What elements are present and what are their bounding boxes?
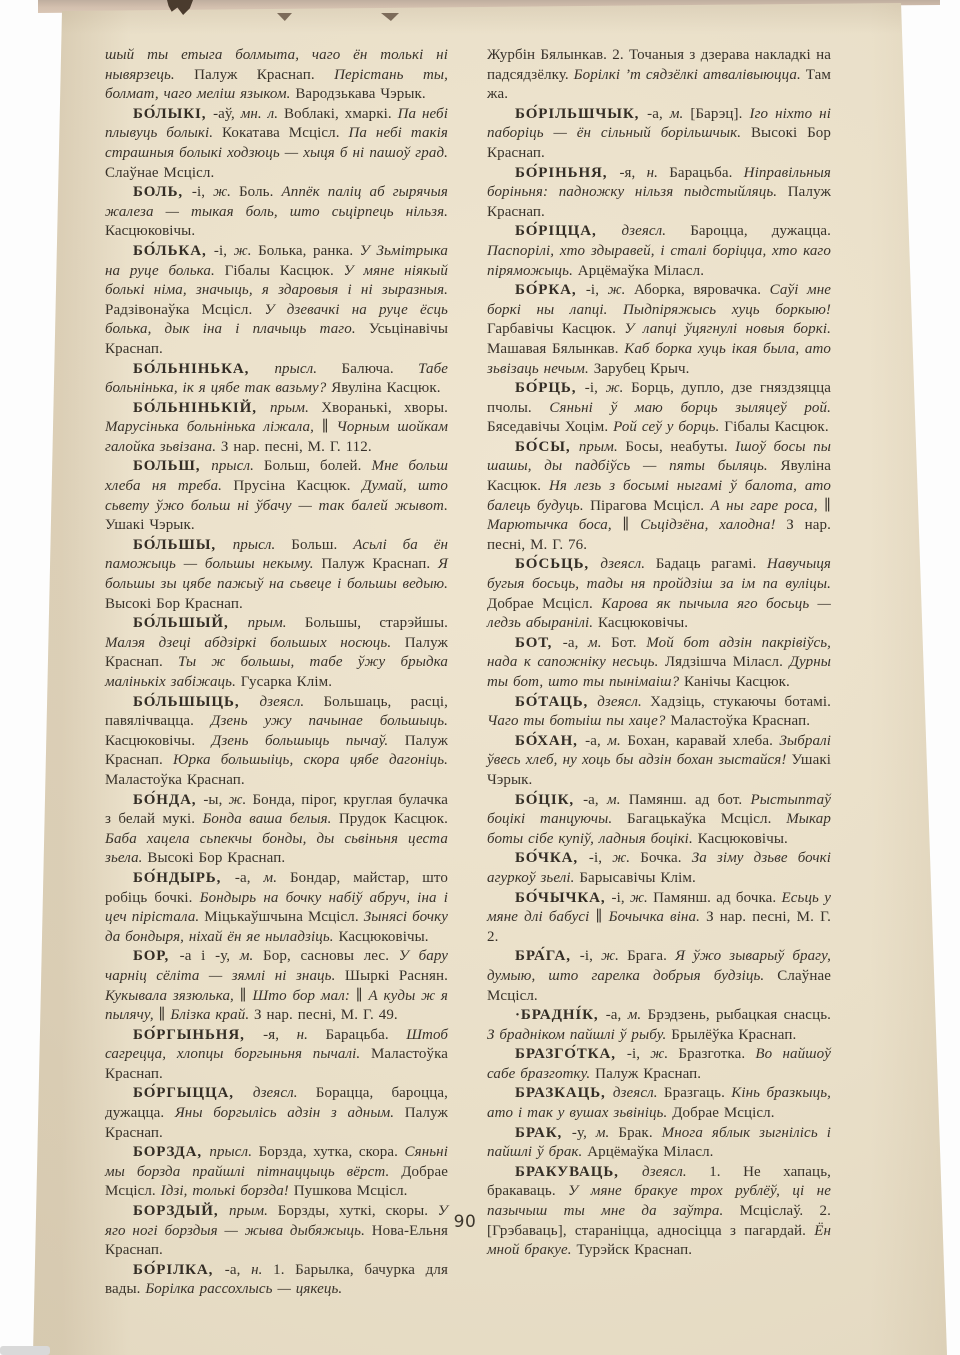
italic-text-run: ж. xyxy=(228,792,252,808)
italic-text-run: м. xyxy=(596,1125,618,1141)
text-run: Касцюковічы. xyxy=(698,831,788,847)
text-run: Радзівонаўка Мсцісл. xyxy=(105,302,264,318)
dictionary-entry: БО́РКА, -і, ж. Аборка, вяровачка. Саўі м… xyxy=(487,281,831,379)
text-run: -ы, xyxy=(203,792,228,808)
dictionary-entry: БО́ЛЬШЫ, прысл. Больш. Асьлі ба ён памож… xyxy=(105,536,448,614)
text-run: -у, xyxy=(572,1125,596,1141)
text-run: -а, xyxy=(225,1262,251,1278)
headword: БОЛЬШ, xyxy=(133,458,211,474)
text-run: Гібалы Касцюк. xyxy=(724,419,828,435)
text-run: Брага. xyxy=(627,948,675,964)
headword: БО́ЛЬКА, xyxy=(133,243,214,259)
italic-text-run: дзеясл. xyxy=(600,556,655,572)
text-run: Турэйск Краснап. xyxy=(576,1242,692,1258)
text-run: Слаўнае Мсцісл. xyxy=(105,165,214,181)
text-run: -а, xyxy=(606,1007,628,1023)
italic-text-run: ж. xyxy=(213,184,239,200)
headword: БО́ЛЬШЫ, xyxy=(133,537,233,553)
italic-text-run: Малэя дзеці абдзіркі большых носюць. xyxy=(105,635,405,651)
text-run: Явуліна Касцюк. xyxy=(331,380,440,396)
italic-text-run: Борілкі ’т сядзёлкі атвалівыюцца. xyxy=(574,67,806,83)
text-run: -і, xyxy=(589,850,612,866)
text-run: Брылёўка Краснап. xyxy=(671,1027,796,1043)
text-run: -і, xyxy=(586,282,608,298)
text-run: Бохан, каравай хлеба. xyxy=(627,733,779,749)
text-run: Гарбавічы Касцюк. xyxy=(487,321,624,337)
dictionary-entry: БРАЗКАЦЬ, дзеясл. Бразгаць. Кінь бразкыц… xyxy=(487,1084,831,1123)
text-run: -а, xyxy=(585,733,607,749)
italic-text-run: дзеясл. xyxy=(597,694,650,710)
italic-text-run: У лапці ўцягнулі новыя боркі. xyxy=(624,321,831,337)
italic-text-run: дзеясл. xyxy=(253,1085,316,1101)
headword: БОРЗДА, xyxy=(133,1144,209,1160)
text-run: Палуж Краснап. xyxy=(321,556,438,572)
dictionary-entry: БО́ТАЦЬ, дзеясл. Хадзіць, стукаючы ботам… xyxy=(487,693,831,732)
text-run: Бадаць рагамі. xyxy=(656,556,767,572)
italic-text-run: н. xyxy=(647,165,670,181)
text-run: -і, xyxy=(627,1046,650,1062)
text-run: Борзда, хутка, скора. xyxy=(259,1144,405,1160)
headword: БО́СЬЦЬ, xyxy=(515,556,600,572)
text-run: -а, xyxy=(563,635,588,651)
headword: БО́ЦІК, xyxy=(515,792,583,808)
italic-text-run: дзеясл. xyxy=(259,694,323,710)
headword: БО́РКА, xyxy=(515,282,586,298)
text-run: Воблакі, хмаркі. xyxy=(284,106,398,122)
dictionary-entry: БО́РІЛЬШЧЫК, -а, м. [Барэц]. Іго ніхто н… xyxy=(487,105,831,164)
headword: БРА́ГА, xyxy=(515,948,580,964)
headword: БО́НДА, xyxy=(133,792,203,808)
italic-text-run: ж. xyxy=(606,380,632,396)
text-run: -і, xyxy=(192,184,213,200)
headword: БО́ХАН, xyxy=(515,733,585,749)
text-run: Арцёмаўка Міласл. xyxy=(578,263,704,279)
scan-artifact xyxy=(0,1346,50,1355)
headword: БРАЗГО́ТКА, xyxy=(515,1046,627,1062)
dictionary-entry: БОТ, -а, м. Бот. Мой бот адзін пакрівіўс… xyxy=(487,634,831,693)
italic-text-run: н. xyxy=(251,1262,273,1278)
column-left: шый ты етыга болмыта, чаго ён толькі ні … xyxy=(105,46,448,1300)
italic-text-run: Дзень ужу пачынае большыць. xyxy=(211,713,448,729)
italic-text-run: мн. л. xyxy=(241,106,284,122)
italic-text-run: Юрка большыіць, скора цябе дагоніць. xyxy=(173,752,448,768)
text-run: Касцюковічы. xyxy=(598,615,688,631)
text-run: Ушакі Чэрык. xyxy=(105,517,195,533)
text-run: -аў, xyxy=(213,106,241,122)
text-run: Багацькаўка Мсцісл. xyxy=(627,811,786,827)
text-run: -а, xyxy=(235,870,264,886)
text-run: Боль. xyxy=(239,184,281,200)
text-run: -я, xyxy=(263,1027,296,1043)
italic-text-run: Бонда ваша белыя. xyxy=(202,811,338,827)
text-run: Бразготка. xyxy=(678,1046,755,1062)
text-run: -а і -у, xyxy=(180,948,240,964)
headword: БОТ, xyxy=(515,635,563,651)
dictionary-entry: БОЛЬ, -і, ж. Боль. Аппёк паліц аб гырячы… xyxy=(105,183,448,242)
headword: БО́ЛЬШЫЙ, xyxy=(133,615,248,631)
italic-text-run: ж. xyxy=(601,948,627,964)
text-run: Барацьба. xyxy=(326,1027,407,1043)
text-run: Высокі Бор Краснап. xyxy=(147,850,285,866)
text-run: З нар. песні, М. Г. 49. xyxy=(254,1007,398,1023)
headword: БРАЗКАЦЬ, xyxy=(515,1085,613,1101)
dictionary-entry: БО́СЬЦЬ, дзеясл. Бадаць рагамі. Навучыця… xyxy=(487,555,831,633)
text-run: Болька, ранка. xyxy=(258,243,360,259)
text-run: Бразгаць. xyxy=(664,1085,731,1101)
italic-text-run: Яны боргылісь адзін з адным. xyxy=(175,1105,405,1121)
italic-text-run: ж. xyxy=(234,243,258,259)
dictionary-entry: БО́ЛЬКА, -і, ж. Болька, ранка. У Зьмітры… xyxy=(105,242,448,360)
text-run: Маластоўка Краснап. xyxy=(105,772,245,788)
dictionary-entry: БО́ЦІК, -а, м. Памянш. ад бот. Рыстыптаў… xyxy=(487,791,831,850)
headword: БО́НДЫРЬ, xyxy=(133,870,235,886)
text-run: -я, xyxy=(619,165,646,181)
dictionary-entry: БОР, -а і -у, м. Бор, сасновы лес. У бар… xyxy=(105,947,448,1025)
text-run: Аборка, вяровачка. xyxy=(634,282,770,298)
text-run: -і, xyxy=(612,890,630,906)
headword: БО́СЫ, xyxy=(515,439,579,455)
continuation-paragraph: Журбін Бялынкав. 2. Точаныя з дзерава на… xyxy=(487,46,831,105)
dictionary-entry: БОРЗДА, прысл. Борзда, хутка, скора. Сян… xyxy=(105,1143,448,1202)
headword: БО́ЛЬШЫЦЬ, xyxy=(133,694,259,710)
italic-text-run: прысл. xyxy=(211,458,264,474)
text-run: Больш. xyxy=(291,537,353,553)
text-run: Барысавічы Клім. xyxy=(579,870,695,886)
headword: БО́РІЛКА, xyxy=(133,1262,225,1278)
text-run: -а, xyxy=(647,106,670,122)
italic-text-run: м. xyxy=(588,635,611,651)
text-run: Зарубец Крыч. xyxy=(594,361,690,377)
italic-text-run: м. xyxy=(607,733,627,749)
text-run: Касцюковічы. xyxy=(105,733,212,749)
headword: БОЛЬ, xyxy=(133,184,192,200)
dictionary-entry: БРАК, -у, м. Брак. Многа яблык зыгнілісь… xyxy=(487,1124,831,1163)
text-run: Большы, старэйшы. xyxy=(305,615,448,631)
text-run: Палуж Краснап. xyxy=(595,1066,701,1082)
text-run: Гусарка Клім. xyxy=(241,674,332,690)
headword: БО́ЛЫКІ, xyxy=(133,106,213,122)
text-run: Бор, сасновы лес. xyxy=(263,948,399,964)
italic-text-run: З брадніком пайшлі ў рыбу. xyxy=(487,1027,671,1043)
text-run: Бароцца, дужацца. xyxy=(690,223,831,239)
dictionary-entry: БО́ЛЬНІНЬКА, прысл. Балюча. Табе больнін… xyxy=(105,360,448,399)
dictionary-entry: БО́ХАН, -а, м. Бохан, каравай хлеба. Зыб… xyxy=(487,732,831,791)
italic-text-run: м. xyxy=(628,1007,648,1023)
text-run: Вародзькава Чэрык. xyxy=(295,86,425,102)
dictionary-entry: БО́НДА, -ы, ж. Бонда, пірог, круглая бул… xyxy=(105,791,448,869)
text-run: Канічы Касцюк. xyxy=(684,674,790,690)
dictionary-entry: БО́РЦЬ, -і, ж. Борць, дупло, дзе гняздзя… xyxy=(487,379,831,438)
italic-text-run: Дзень большыць пычаў. xyxy=(212,733,405,749)
text-run: Прусіна Касцюк. xyxy=(233,478,362,494)
headword: БО́РІЛЬШЧЫК, xyxy=(515,106,647,122)
italic-text-run: Сяньні ў маю борць зыляцеў рой. xyxy=(549,400,831,416)
dictionary-entry: БОЛЬШ, прысл. Больш, болей. Мне больш хл… xyxy=(105,457,448,535)
italic-text-run: ж. xyxy=(608,282,634,298)
text-run: Брэдзень, рыбацкая снасць. xyxy=(648,1007,831,1023)
dictionary-entry: БРАЗГО́ТКА, -і, ж. Бразготка. Во найшоў … xyxy=(487,1045,831,1084)
text-run: Машавая Бялынкав. xyxy=(487,341,624,357)
dictionary-entry: БО́РГЫНЬНЯ, -я, н. Барацьба. Штоб сагрец… xyxy=(105,1026,448,1085)
headword: БО́РЦЬ, xyxy=(515,380,585,396)
text-run: Бот. xyxy=(611,635,646,651)
italic-text-run: ж. xyxy=(612,850,640,866)
text-run: Бочка. xyxy=(640,850,691,866)
text-run: Шыркі Раснян. xyxy=(345,968,448,984)
text-run: Барацьба. xyxy=(669,165,743,181)
italic-text-run: ж. xyxy=(650,1046,678,1062)
dictionary-entry: БО́НДЫРЬ, -а, м. Бондар, майстар, што ро… xyxy=(105,869,448,947)
headword: ·БРАДНІ́К, xyxy=(515,1007,606,1023)
text-run: Маластоўка Краснап. xyxy=(670,713,810,729)
italic-text-run: дзеясл. xyxy=(621,223,690,239)
text-run: Прудок Касцюк. xyxy=(339,811,448,827)
headword: БО́ЛЬНІНЬКІЙ, xyxy=(133,400,270,416)
text-run: Босы, неабуты. xyxy=(625,439,735,455)
dictionary-entry: БО́ЛЬНІНЬКІЙ, прым. Хворанькі, хворы. Ма… xyxy=(105,399,448,458)
italic-text-run: прым. xyxy=(579,439,626,455)
text-run: З нар. песні, М. Г. 112. xyxy=(221,439,372,455)
italic-text-run: м. xyxy=(670,106,691,122)
scanned-dictionary-page: шый ты етыга болмыта, чаго ён толькі ні … xyxy=(0,0,960,1355)
dictionary-entry: БО́ЛЫКІ, -аў, мн. л. Воблакі, хмаркі. Па… xyxy=(105,105,448,183)
text-run: -і, xyxy=(580,948,601,964)
italic-text-run: дзеясл. xyxy=(642,1164,709,1180)
dictionary-entry: БО́ЧКА, -і, ж. Бочка. За зіму дзьве бочк… xyxy=(487,849,831,888)
text-run: -і, xyxy=(214,243,234,259)
text-run: Балюча. xyxy=(342,361,419,377)
headword: БРАКУВАЦЬ, xyxy=(515,1164,642,1180)
text-run: Касцюковічы. xyxy=(105,223,195,239)
italic-text-run: Ідзі, толькі борзда! xyxy=(161,1183,294,1199)
text-run: -а, xyxy=(583,792,607,808)
dictionary-entry: БРА́ГА, -і, ж. Брага. Я ўжо зыварыў браг… xyxy=(487,947,831,1006)
dictionary-entry: БО́РІЛКА, -а, н. 1. Барылка, бачурка для… xyxy=(105,1261,448,1300)
text-run: Палуж Краснап. xyxy=(194,67,334,83)
italic-text-run: м. xyxy=(607,792,629,808)
headword: БО́ЧКА, xyxy=(515,850,589,866)
text-run: Міцькаўшчына Мсцісл. xyxy=(204,909,363,925)
text-run: Кокатава Мсцісл. xyxy=(222,125,348,141)
text-run: Пушкова Мсцісл. xyxy=(294,1183,408,1199)
text-run: Высокі Бор Краснап. xyxy=(105,596,243,612)
column-right: Журбін Бялынкав. 2. Точаныя з дзерава на… xyxy=(487,46,831,1261)
headword: БО́ЛЬНІНЬКА, xyxy=(133,361,274,377)
italic-text-run: прым. xyxy=(270,400,321,416)
headword: БО́РГЫНЬНЯ, xyxy=(133,1027,263,1043)
italic-text-run: ж. xyxy=(630,890,653,906)
italic-text-run: дзеясл. xyxy=(613,1085,664,1101)
text-run: Лядзішча Міласл. xyxy=(665,654,790,670)
italic-text-run: Борілка рассохлысь — цякець. xyxy=(145,1281,342,1297)
dictionary-entry: БО́СЫ, прым. Босы, неабуты. Ішоў босы пы… xyxy=(487,438,831,556)
italic-text-run: м. xyxy=(240,948,263,964)
dictionary-entry: ·БРАДНІ́К, -а, м. Брэдзень, рыбацкая сна… xyxy=(487,1006,831,1045)
text-run: Пірагова Мсцісл. xyxy=(590,498,710,514)
text-run: -і, xyxy=(585,380,606,396)
text-run: Бяседавічы Хоцім. xyxy=(487,419,613,435)
headword: БО́РІНЬНЯ, xyxy=(515,165,619,181)
headword: БО́РІЦЦА, xyxy=(515,223,621,239)
italic-text-run: Рой сеў у борць. xyxy=(613,419,724,435)
text-run: Больш, болей. xyxy=(264,458,372,474)
italic-text-run: прым. xyxy=(248,615,305,631)
text-run: [Барэц]. xyxy=(690,106,749,122)
dictionary-entry: БО́РІЦЦА, дзеясл. Бароцца, дужацца. Пасп… xyxy=(487,222,831,281)
italic-text-run: прысл. xyxy=(233,537,292,553)
text-run: Брак. xyxy=(618,1125,661,1141)
text-run: Памянш. ад бочка. xyxy=(653,890,781,906)
continuation-paragraph: шый ты етыга болмыта, чаго ён толькі ні … xyxy=(105,46,448,105)
italic-text-run: м. xyxy=(264,870,290,886)
headword: БРАК, xyxy=(515,1125,572,1141)
text-run: Хворанькі, хворы. xyxy=(321,400,448,416)
book-page: шый ты етыга болмыта, чаго ён толькі ні … xyxy=(0,0,960,1355)
text-run: Арцёмаўка Міласл. xyxy=(587,1144,713,1160)
headword: БО́ТАЦЬ, xyxy=(515,694,597,710)
text-run: Добрае Мсцісл. xyxy=(487,596,601,612)
headword: БО́РГЫЦЦА, xyxy=(133,1085,253,1101)
headword: БО́ЧЫЧКА, xyxy=(515,890,612,906)
dictionary-entry: БО́ЛЬШЫЙ, прым. Большы, старэйшы. Малэя … xyxy=(105,614,448,692)
text-run: Добрае Мсцісл. xyxy=(672,1105,774,1121)
text-run: Памянш. ад бот. xyxy=(629,792,751,808)
italic-text-run: прысл. xyxy=(274,361,341,377)
italic-text-run: н. xyxy=(297,1027,326,1043)
dictionary-entry: БО́РГЫЦЦА, дзеясл. Борацца, бароцца, дуж… xyxy=(105,1084,448,1143)
page-number: 90 xyxy=(100,1212,830,1232)
text-run: Гібалы Касцюк. xyxy=(225,263,344,279)
headword: БОР, xyxy=(133,948,180,964)
text-run: Касцюковічы. xyxy=(338,929,428,945)
italic-text-run: Чаго ты ботыіш пы хаце? xyxy=(487,713,670,729)
dictionary-entry: БО́РІНЬНЯ, -я, н. Барацьба. Ніправільныя… xyxy=(487,164,831,223)
italic-text-run: прысл. xyxy=(209,1144,258,1160)
text-run: Хадзіць, стукаючы ботамі. xyxy=(650,694,831,710)
dictionary-entry: БО́ЛЬШЫЦЬ, дзеясл. Большаць, расці, павя… xyxy=(105,693,448,791)
dictionary-entry: БО́ЧЫЧКА, -і, ж. Памянш. ад бочка. Есьць… xyxy=(487,889,831,948)
